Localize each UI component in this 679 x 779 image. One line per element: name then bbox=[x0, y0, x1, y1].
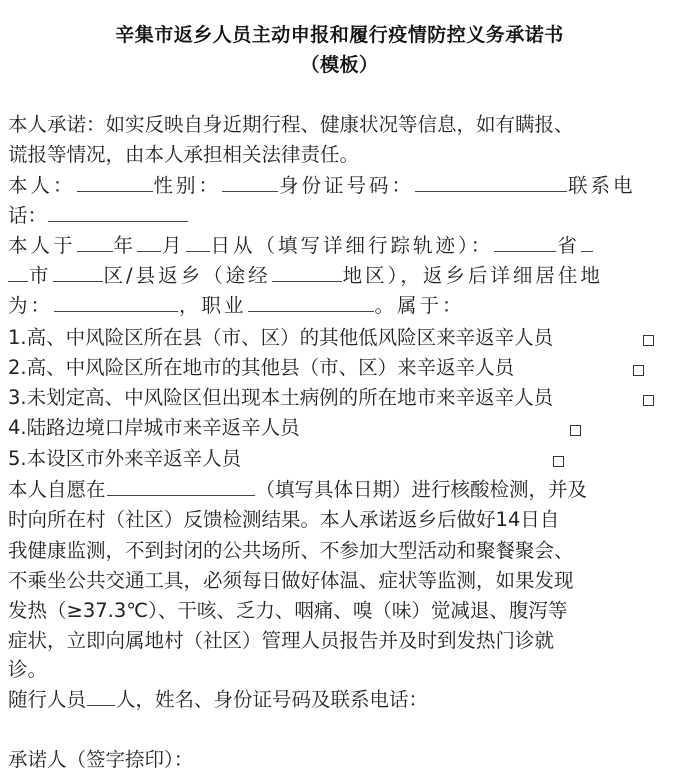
signature-line: 承诺人（签字捺印）： bbox=[8, 745, 673, 775]
year-label: 年 bbox=[114, 234, 137, 257]
day-field[interactable] bbox=[186, 233, 210, 252]
category-label-5: 5.本设区市外来辛返辛人员 bbox=[8, 447, 241, 470]
category-item-2: 2.高、中风险区所在地市的其他县（市、区）来辛返辛人员 bbox=[8, 353, 673, 383]
checkbox-icon-1[interactable] bbox=[643, 335, 654, 346]
test-line-4: 不乘坐公共交通工具，必须每日做好体温、症状等监测，如果发现 bbox=[8, 566, 673, 596]
category-item-5: 5.本设区市外来辛返辛人员 bbox=[8, 444, 673, 474]
phone-label: 联系电 bbox=[568, 174, 636, 197]
province-field[interactable] bbox=[494, 233, 556, 252]
category-item-1: 1.高、中风险区所在县（市、区）的其他低风险区来辛返辛人员 bbox=[8, 323, 673, 353]
companions-prefix: 随行人员 bbox=[8, 688, 86, 711]
trip-line-2: 市区/县返乡（途经地区），返乡后详细居住地 bbox=[8, 261, 673, 291]
test-prefix: 本人自愿在 bbox=[8, 478, 106, 501]
id-number-label: 身份证号码： bbox=[279, 174, 414, 197]
companions-line: 随行人员人，姓名、身份证号码及联系电话： bbox=[8, 685, 673, 715]
promise-line-1: 本人承诺：如实反映自身近期行程、健康状况等信息，如有瞒报、 bbox=[8, 110, 673, 140]
city-label: 市 bbox=[29, 264, 52, 287]
test-suffix: （填写具体日期）进行核酸检测，并及 bbox=[256, 478, 588, 501]
category-item-3: 3.未划定高、中风险区但出现本土病例的所在地市来辛返辛人员 bbox=[8, 383, 673, 413]
companions-suffix: 人，姓名、身份证号码及联系电话： bbox=[116, 688, 428, 711]
phone-label-cont: 话： bbox=[8, 204, 47, 227]
promise-line-2: 谎报等情况，由本人承担相关法律责任。 bbox=[8, 140, 673, 170]
identity-line: 本人：性别：身份证号码：联系电 bbox=[8, 171, 673, 201]
category-label-4: 4.陆路边境口岸城市来辛返辛人员 bbox=[8, 416, 300, 439]
test-line-5: 发热（≥37.3℃）、干咳、乏力、咽痛、嗅（味）觉减退、腹泻等 bbox=[8, 596, 673, 626]
occupation-label: ，职业 bbox=[179, 294, 247, 317]
test-line-2: 时向所在村（社区）反馈检测结果。本人承诺返乡后做好14日自 bbox=[8, 505, 673, 535]
signature-label: 承诺人（签字捺印）： bbox=[8, 748, 193, 771]
category-label-3: 3.未划定高、中风险区但出现本土病例的所在地市来辛返辛人员 bbox=[8, 386, 553, 409]
address-label: 为： bbox=[8, 294, 53, 317]
month-label: 月 bbox=[162, 234, 185, 257]
trip-line-1: 本人于年月日从（填写详细行踪轨迹）：省 bbox=[8, 231, 673, 261]
address-field[interactable] bbox=[54, 293, 178, 312]
month-field[interactable] bbox=[137, 233, 161, 252]
region-field[interactable] bbox=[272, 263, 342, 282]
test-date-field[interactable] bbox=[107, 477, 255, 496]
occupation-field[interactable] bbox=[248, 293, 374, 312]
test-line-6: 症状，立即向属地村（社区）管理人员报告并及时到发热门诊就 bbox=[8, 626, 673, 656]
province-label: 省 bbox=[557, 234, 580, 257]
region-label: 地区），返乡后详细居住地 bbox=[343, 264, 603, 287]
name-field[interactable] bbox=[77, 173, 153, 192]
district-label: 区/县返乡（途经 bbox=[104, 264, 271, 287]
checkbox-icon-3[interactable] bbox=[643, 395, 654, 406]
district-field[interactable] bbox=[53, 263, 103, 282]
phone-field[interactable] bbox=[48, 203, 188, 222]
trip-line-3: 为：，职业。属于： bbox=[8, 291, 673, 321]
day-from-label: 日从（填写详细行踪轨迹）： bbox=[211, 234, 494, 257]
test-line-1: 本人自愿在（填写具体日期）进行核酸检测，并及 bbox=[8, 475, 673, 505]
gender-label: 性别： bbox=[154, 174, 222, 197]
checkbox-icon-2[interactable] bbox=[633, 365, 644, 376]
name-label: 本人： bbox=[8, 174, 76, 197]
id-number-field[interactable] bbox=[415, 173, 567, 192]
gender-field[interactable] bbox=[222, 173, 278, 192]
test-line-3: 我健康监测，不到封闭的公共场所、不参加大型活动和聚餐聚会、 bbox=[8, 536, 673, 566]
year-field[interactable] bbox=[77, 233, 113, 252]
checkbox-icon-4[interactable] bbox=[570, 425, 581, 436]
city-field[interactable] bbox=[8, 263, 28, 282]
category-item-4: 4.陆路边境口岸城市来辛返辛人员 bbox=[8, 413, 673, 443]
phone-line: 话： bbox=[8, 201, 673, 231]
companions-count-field[interactable] bbox=[87, 687, 115, 706]
category-label-2: 2.高、中风险区所在地市的其他县（市、区）来辛返辛人员 bbox=[8, 356, 514, 379]
category-label-1: 1.高、中风险区所在县（市、区）的其他低风险区来辛返辛人员 bbox=[8, 326, 553, 349]
belongs-label: 。属于： bbox=[375, 294, 465, 317]
test-line-7: 诊。 bbox=[8, 655, 673, 685]
checkbox-icon-5[interactable] bbox=[553, 456, 564, 467]
document-title: 辛集市返乡人员主动申报和履行疫情防控义务承诺书 bbox=[0, 20, 679, 47]
city-field-start[interactable] bbox=[581, 233, 593, 252]
trip-prefix: 本人于 bbox=[8, 234, 76, 257]
document-subtitle: （模板） bbox=[0, 50, 679, 77]
